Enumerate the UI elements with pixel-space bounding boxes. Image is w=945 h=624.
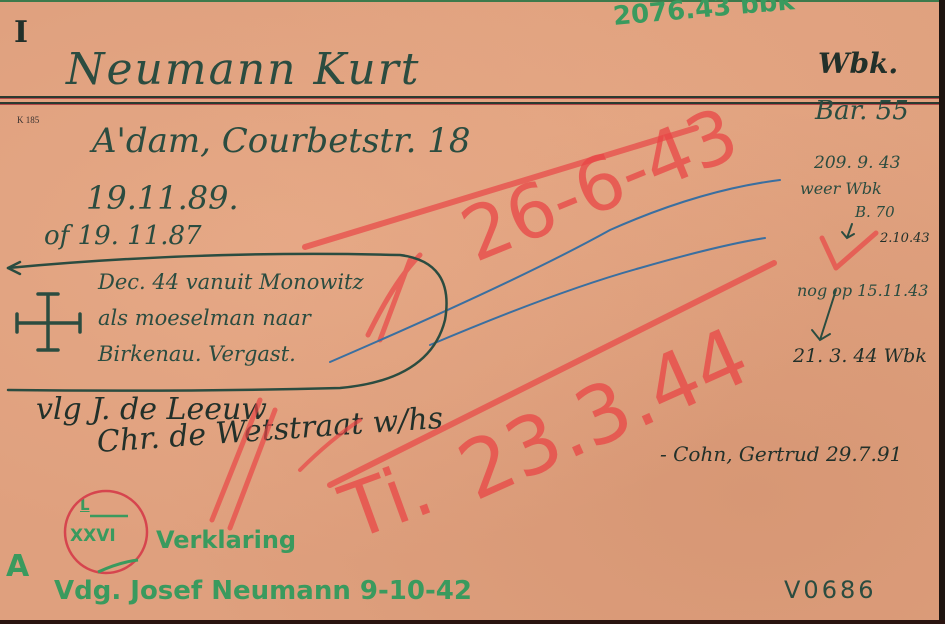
stamp-bottom-text: XXVI [70, 528, 116, 545]
form-code: K 185 [17, 115, 39, 125]
death-note-line-3: Birkenau. Vergast. [98, 344, 296, 365]
card-top-edge [0, 0, 939, 2]
red-check-mark [822, 233, 876, 268]
alt-birth-date: of 19. 11.87 [44, 223, 202, 249]
person-name: Neumann Kurt [66, 48, 420, 92]
red-bottom-letters: Ti. [332, 449, 442, 551]
serial-number: V0686 [784, 578, 877, 602]
arrow-down-icon [842, 224, 854, 238]
red-date-two: 23.3.44 [448, 316, 759, 513]
card-bottom-edge [0, 620, 945, 624]
right-entry-3: B. 70 [855, 205, 895, 220]
death-note-line-1: Dec. 44 vanuit Monowitz [98, 272, 364, 293]
death-note-line-2: als moeselman naar [98, 308, 311, 329]
right-code: Bar. 55 [815, 98, 909, 124]
right-entry-1: 209. 9. 43 [814, 155, 901, 172]
right-entry-5: nog op 15.11.43 [797, 283, 928, 299]
green-reference: 2076.43 bbk [612, 0, 796, 30]
right-entry-6: 21. 3. 44 Wbk [793, 347, 927, 366]
right-entry-4: 2.10.43 [880, 232, 930, 245]
index-card: K 185 I Neumann Kurt 2076.43 bbk Wbk. Ba… [0, 0, 939, 620]
right-entry-2: weer Wbk [800, 181, 882, 197]
birth-date: 19.11.89. [86, 182, 239, 214]
right-top-note: Wbk. [818, 50, 898, 78]
red-date-one: 26-6-43 [452, 97, 748, 274]
stamp-underline [98, 560, 138, 572]
roman-numeral: I [14, 18, 28, 48]
stamp-label: Verklaring [156, 528, 296, 552]
header-rule-bottom-red [0, 104, 939, 105]
header-rule-top-red [0, 98, 939, 99]
spouse-note: - Cohn, Gertrud 29.7.91 [660, 444, 902, 464]
green-note: Vdg. Josef Neumann 9-10-42 [54, 578, 472, 604]
side-mark: A [6, 552, 29, 582]
address: A'dam, Courbetstr. 18 [92, 124, 470, 158]
stamp-top-text: L [80, 498, 90, 513]
enclosure-arrow-icon [8, 262, 20, 274]
card-right-edge [939, 0, 945, 624]
cross-icon [17, 294, 80, 350]
